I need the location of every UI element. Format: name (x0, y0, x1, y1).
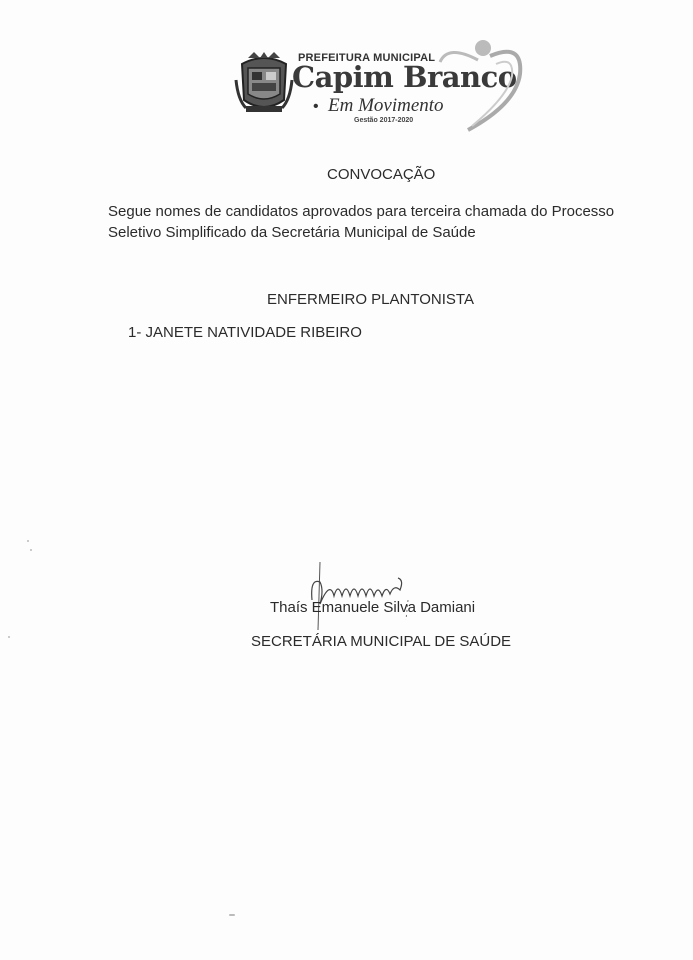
scan-speck (8, 636, 10, 638)
municipal-coat-of-arms-icon (234, 50, 294, 116)
document-title: CONVOCAÇÃO (327, 166, 435, 183)
signatory-name: Thaís Emanuele Silva Damiani (270, 599, 475, 616)
decorative-dot: • (313, 98, 319, 116)
signatory-position: SECRETÁRIA MUNICIPAL DE SAÚDE (251, 633, 511, 650)
candidate-item: 1- JANETE NATIVIDADE RIBEIRO (128, 324, 362, 341)
letterhead: PREFEITURA MUNICIPAL Capim Branco • Em M… (228, 38, 528, 138)
slogan: Em Movimento (328, 95, 444, 117)
scan-speck (30, 549, 32, 551)
intro-paragraph-line-1: Segue nomes de candidatos aprovados para… (108, 203, 614, 220)
role-heading: ENFERMEIRO PLANTONISTA (267, 291, 474, 308)
intro-paragraph-line-2: Seletivo Simplificado da Secretária Muni… (108, 224, 476, 241)
scan-speck (229, 914, 235, 916)
term-label: Gestão 2017-2020 (354, 117, 413, 124)
handwritten-signature (290, 560, 430, 630)
heart-swirl-icon (428, 34, 528, 134)
scan-speck (27, 540, 29, 542)
